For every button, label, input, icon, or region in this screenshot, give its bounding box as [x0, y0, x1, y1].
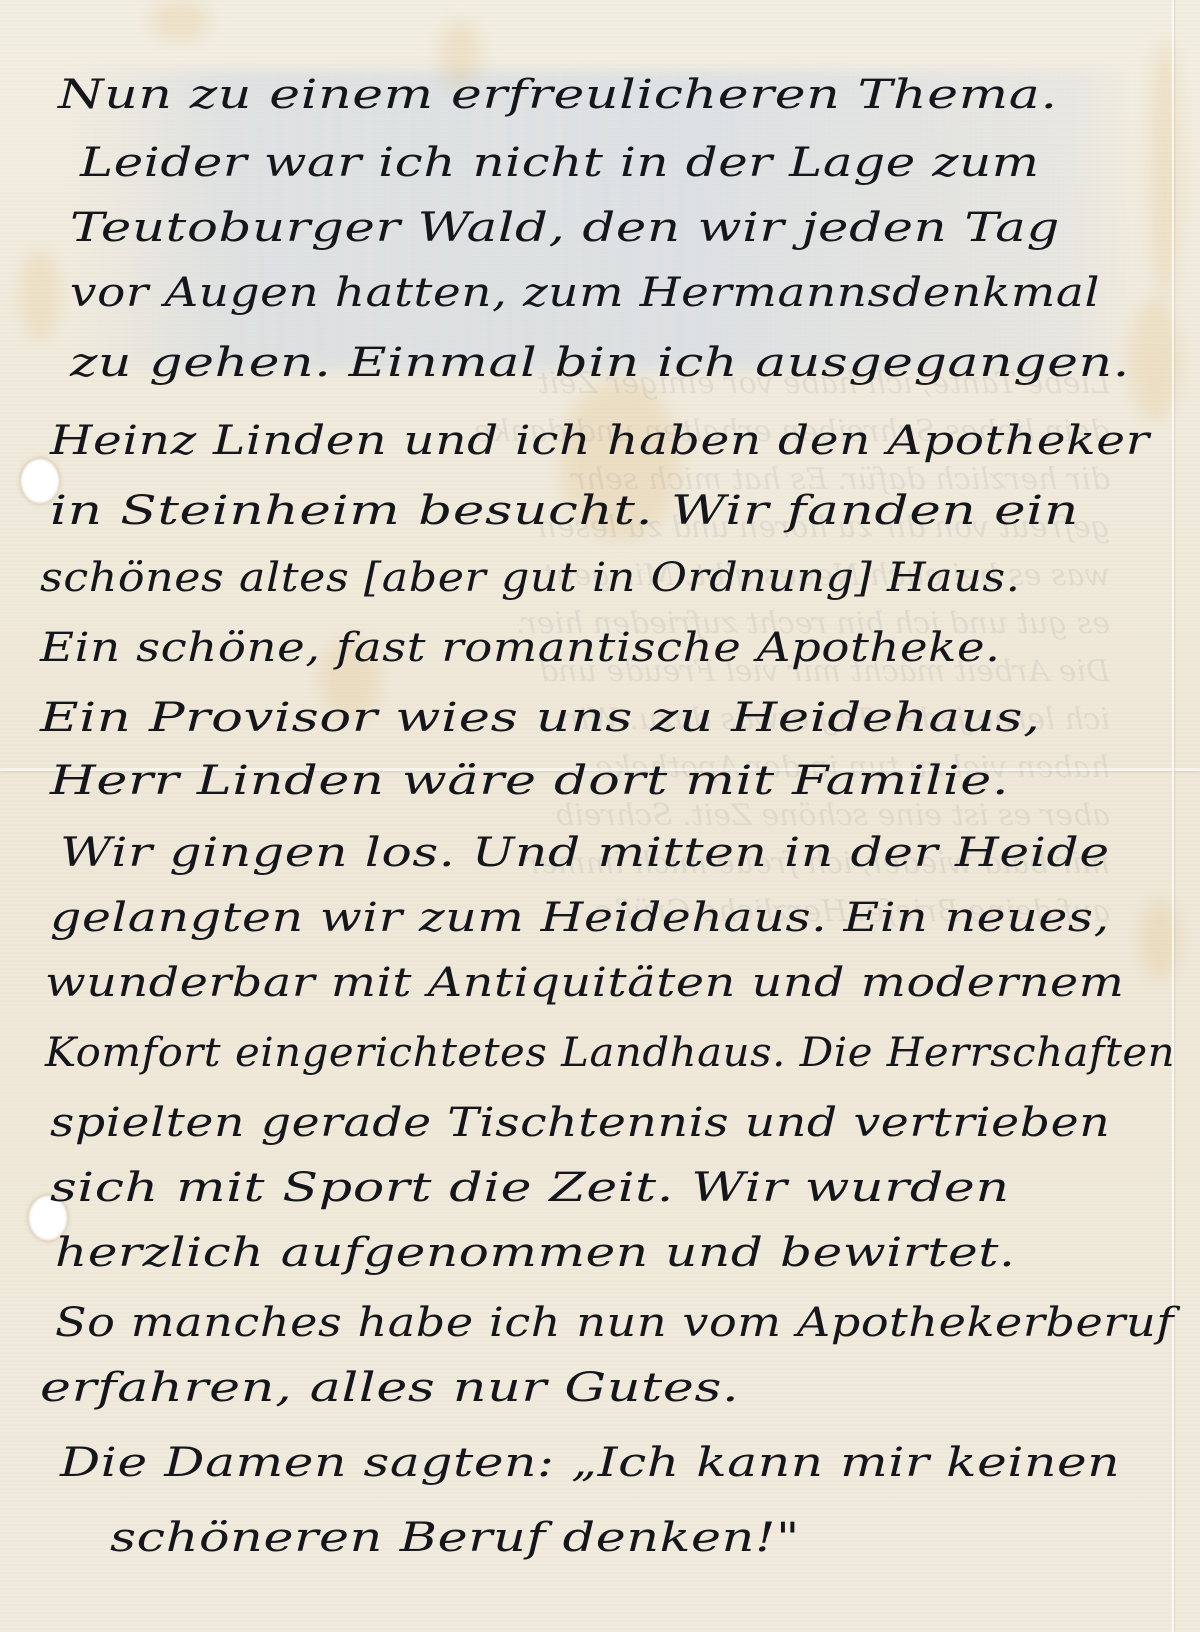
- text-line: Die Damen sagten: „Ich kann mir keinen: [60, 1440, 1120, 1486]
- age-stain: [150, 0, 210, 40]
- text-line: zu gehen. Einmal bin ich ausgegangen.: [70, 340, 1130, 386]
- text-line: Komfort eingerichtetes Landhaus. Die Her…: [45, 1030, 1175, 1076]
- text-line: schönes altes [aber gut in Ordnung] Haus…: [40, 555, 1020, 601]
- age-stain: [1150, 40, 1180, 300]
- text-line: erfahren, alles nur Gutes.: [40, 1365, 739, 1411]
- letter-page: Liebe Tante, ich habe vor einiger Zeit d…: [0, 0, 1200, 1632]
- text-line: Wir gingen los. Und mitten in der Heide: [60, 830, 1110, 876]
- text-line: herzlich aufgenommen und bewirtet.: [55, 1230, 1016, 1276]
- text-line: Leider war ich nicht in der Lage zum: [80, 140, 1040, 186]
- text-line: spielten gerade Tischtennis und vertrieb…: [50, 1100, 1110, 1146]
- text-line: Ein Provisor wies uns zu Heidehaus,: [40, 695, 1041, 741]
- text-line: gelangten wir zum Heidehaus. Ein neues,: [50, 895, 1110, 941]
- text-line: in Steinheim besucht. Wir fanden ein: [50, 488, 1079, 534]
- text-line: Nun zu einem erfreulicheren Thema.: [58, 72, 1058, 118]
- text-line: Heinz Linden und ich haben den Apotheker: [50, 418, 1150, 464]
- text-line: So manches habe ich nun vom Apothekerber…: [55, 1300, 1174, 1346]
- text-line: Herr Linden wäre dort mit Familie.: [50, 758, 1009, 804]
- text-line: vor Augen hatten, zum Hermannsdenkmal: [70, 270, 1100, 316]
- age-stain: [20, 250, 60, 340]
- text-line: sich mit Sport die Zeit. Wir wurden: [50, 1165, 1010, 1211]
- page-edge: [1172, 0, 1174, 1632]
- text-line: wunderbar mit Antiquitäten und modernem: [45, 960, 1125, 1006]
- age-stain: [1140, 900, 1180, 980]
- text-line: Teutoburger Wald, den wir jeden Tag: [70, 205, 1060, 251]
- text-line: Ein schöne, fast romantische Apotheke.: [40, 625, 1001, 671]
- text-line: schöneren Beruf denken!": [110, 1515, 800, 1561]
